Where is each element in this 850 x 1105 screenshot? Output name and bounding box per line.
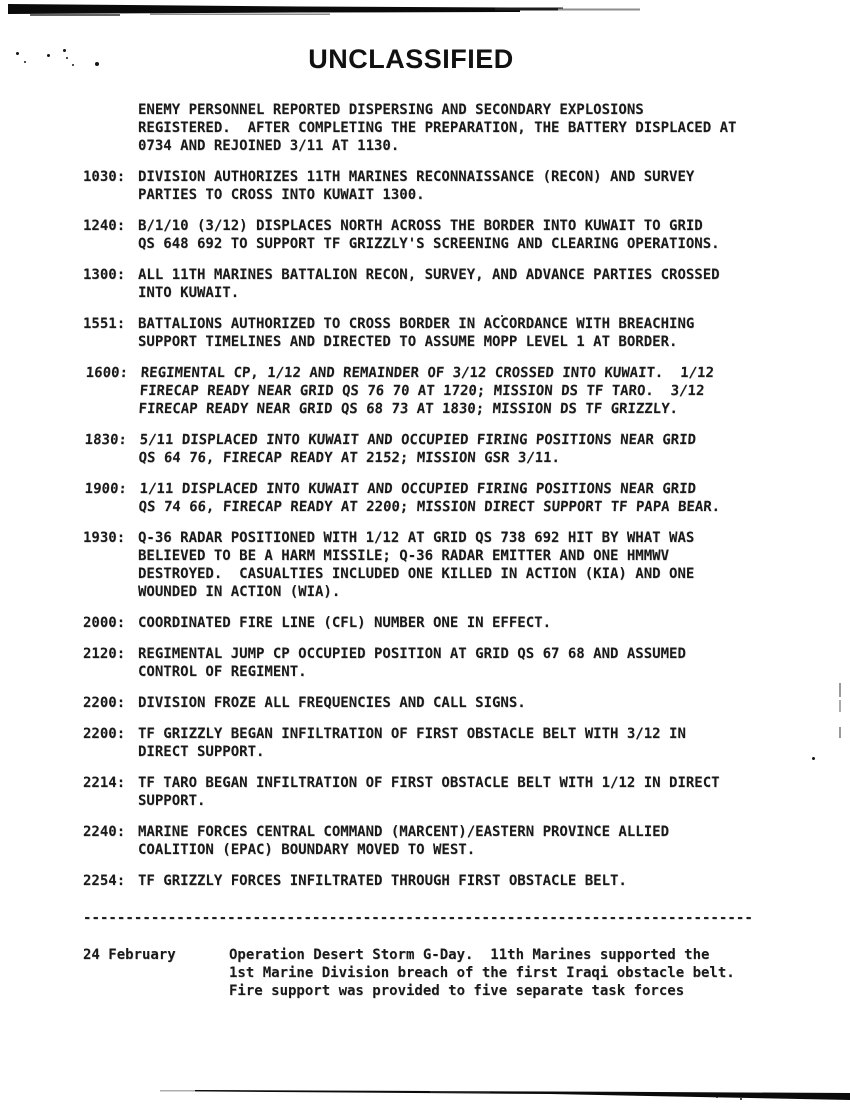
dashed-separator-line: ----------------------------------------… [83, 909, 763, 927]
log-entry: 2120: REGIMENTAL JUMP CP OCCUPIED POSITI… [83, 645, 763, 681]
entry-text: MARINE FORCES CENTRAL COMMAND (MARCENT)/… [138, 823, 763, 859]
entry-time: 2240: [83, 823, 138, 859]
scan-artifact-top-bar [0, 0, 850, 26]
entry-text: ALL 11TH MARINES BATTALION RECON, SURVEY… [138, 266, 763, 302]
continuation-text: ENEMY PERSONNEL REPORTED DISPERSING AND … [138, 101, 763, 155]
entry-text: REGIMENTAL CP, 1/12 AND REMAINDER OF 3/1… [138, 364, 766, 418]
scan-artifact-bottom-bar [0, 1082, 850, 1105]
log-entry: 1830: 5/11 DISPLACED INTO KUWAIT AND OCC… [83, 431, 765, 467]
entry-text: TF TARO BEGAN INFILTRATION OF FIRST OBST… [138, 774, 763, 810]
scan-edge-mark [839, 727, 841, 738]
entry-text: Q-36 RADAR POSITIONED WITH 1/12 AT GRID … [138, 529, 763, 601]
log-entry: 2254: TF GRIZZLY FORCES INFILTRATED THRO… [83, 872, 763, 890]
entry-time: 1930: [83, 529, 138, 601]
entry-time: 2214: [83, 774, 138, 810]
entry-time: 2120: [83, 645, 138, 681]
entry-text: COORDINATED FIRE LINE (CFL) NUMBER ONE I… [138, 614, 763, 632]
log-entry: 1240: B/1/10 (3/12) DISPLACES NORTH ACRO… [83, 217, 763, 253]
entry-time: 1030: [83, 168, 138, 204]
entry-text: 5/11 DISPLACED INTO KUWAIT AND OCCUPIED … [138, 431, 765, 467]
entry-time: 2200: [83, 725, 138, 761]
summary-text: Operation Desert Storm G-Day. 11th Marin… [229, 946, 763, 1000]
log-entry: 2000: COORDINATED FIRE LINE (CFL) NUMBER… [83, 614, 763, 632]
log-entry: 2214: TF TARO BEGAN INFILTRATION OF FIRS… [83, 774, 763, 810]
scanned-document-page: UNCLASSIFIED ENEMY PERSONNEL REPORTED DI… [0, 0, 850, 1105]
entry-text: DIVISION FROZE ALL FREQUENCIES AND CALL … [138, 694, 763, 712]
entry-time-blank [83, 101, 138, 155]
entry-time: 1551: [83, 315, 138, 351]
log-entry: 1930: Q-36 RADAR POSITIONED WITH 1/12 AT… [83, 529, 763, 601]
entry-text: TF GRIZZLY BEGAN INFILTRATION OF FIRST O… [138, 725, 763, 761]
entry-time: 1600: [83, 364, 141, 418]
entry-time: 1300: [83, 266, 138, 302]
entry-text: 1/11 DISPLACED INTO KUWAIT AND OCCUPIED … [138, 480, 765, 516]
log-entry: 1900: 1/11 DISPLACED INTO KUWAIT AND OCC… [83, 480, 765, 516]
entry-time: 2000: [83, 614, 138, 632]
ink-speckle [716, 1096, 718, 1098]
event-log: ENEMY PERSONNEL REPORTED DISPERSING AND … [83, 101, 763, 1000]
ink-speckle [812, 757, 815, 760]
log-entry: 2200: DIVISION FROZE ALL FREQUENCIES AND… [83, 694, 763, 712]
entry-time: 1900: [83, 480, 140, 516]
entry-text: B/1/10 (3/12) DISPLACES NORTH ACROSS THE… [138, 217, 763, 253]
entry-time: 2254: [83, 872, 138, 890]
scan-edge-mark [839, 683, 841, 697]
log-entries: 1030: DIVISION AUTHORIZES 11TH MARINES R… [83, 168, 763, 890]
log-entry: 1600: REGIMENTAL CP, 1/12 AND REMAINDER … [83, 364, 766, 418]
entry-time: 1830: [83, 431, 140, 467]
ink-speckle [740, 1098, 742, 1100]
log-entry: 2200: TF GRIZZLY BEGAN INFILTRATION OF F… [83, 725, 763, 761]
summary-date: 24 February [83, 946, 229, 1000]
log-continuation-paragraph: ENEMY PERSONNEL REPORTED DISPERSING AND … [83, 101, 763, 155]
daily-summary-row: 24 February Operation Desert Storm G-Day… [83, 946, 763, 1000]
entry-time: 1240: [83, 217, 138, 253]
classification-banner: UNCLASSIFIED [0, 44, 836, 75]
scan-edge-mark [839, 700, 841, 712]
log-entry: 1030: DIVISION AUTHORIZES 11TH MARINES R… [83, 168, 763, 204]
entry-text: DIVISION AUTHORIZES 11TH MARINES RECONNA… [138, 168, 763, 204]
log-entry: 1551: BATTALIONS AUTHORIZED TO CROSS BOR… [83, 315, 763, 351]
entry-text: REGIMENTAL JUMP CP OCCUPIED POSITION AT … [138, 645, 763, 681]
log-entry: 2240: MARINE FORCES CENTRAL COMMAND (MAR… [83, 823, 763, 859]
entry-text: TF GRIZZLY FORCES INFILTRATED THROUGH FI… [138, 872, 763, 890]
entry-text: BATTALIONS AUTHORIZED TO CROSS BORDER IN… [138, 315, 763, 351]
entry-time: 2200: [83, 694, 138, 712]
log-entry: 1300: ALL 11TH MARINES BATTALION RECON, … [83, 266, 763, 302]
